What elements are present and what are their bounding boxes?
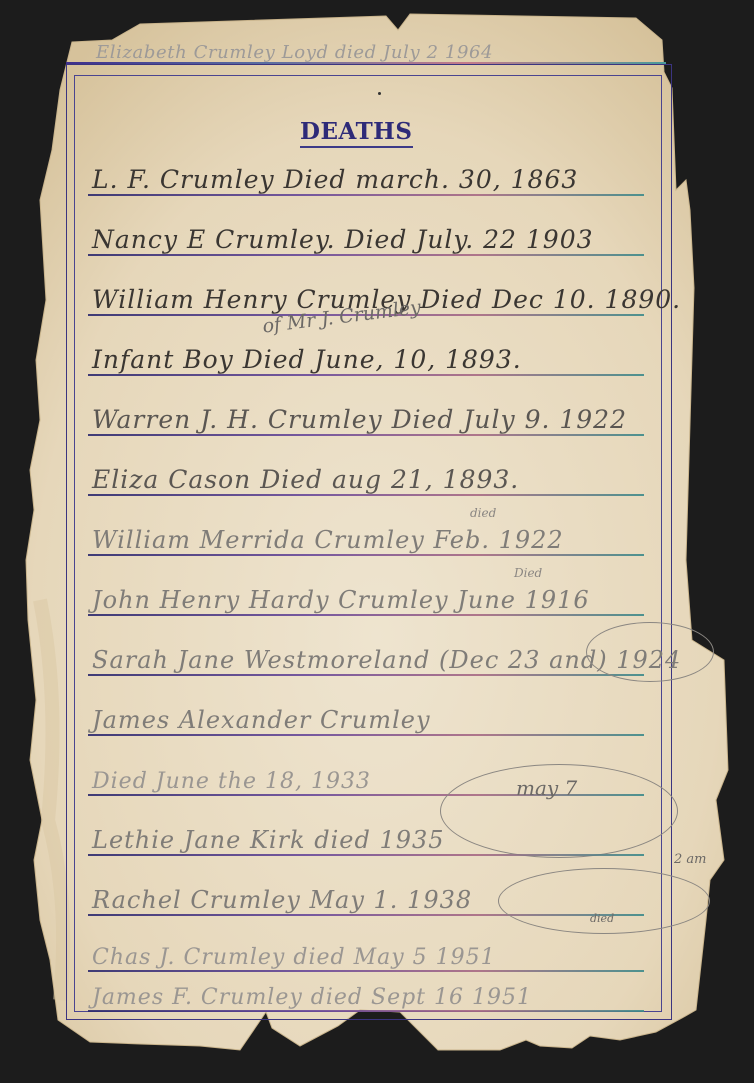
time-annotation: 2 am [674,852,706,867]
entry-text: Infant Boy Died June, 10, 1893. [92,345,522,374]
entry-row: Lethie Jane Kirk died 1935 [88,796,644,856]
entry-text: Eliza Cason Died aug 21, 1893. [92,465,519,494]
entry-text: James Alexander Crumley [92,706,431,734]
entry-text: James F. Crumley died Sept 16 1951 [92,985,532,1010]
entry-text: Rachel Crumley May 1. 1938 [92,886,472,914]
entry-text: John Henry Hardy Crumley June 1916 [92,586,590,614]
entry-text: Died June the 18, 1933 [92,769,371,794]
entry-row: Sarah Jane Westmoreland (Dec 23 and) 192… [88,616,644,676]
entry-text: Nancy E Crumley. Died July. 22 1903 [92,225,594,254]
entry-text: William Merrida Crumley Feb. 1922 [92,526,564,554]
entry-row: Eliza Cason Died aug 21, 1893. [88,436,644,496]
entry-row: William Merrida Crumley Feb. 1922 [88,496,644,556]
entry-row: James F. Crumley died Sept 16 1951 [88,962,644,1012]
entry-row: John Henry Hardy Crumley June 1916 [88,556,644,616]
entry-text: Warren J. H. Crumley Died July 9. 1922 [92,405,627,434]
entry-text: Lethie Jane Kirk died 1935 [92,826,445,854]
entry-row: L. F. Crumley Died march. 30, 1863 [88,136,644,196]
ink-dot [378,92,381,95]
circled-date-annotation [586,622,714,682]
entry-row: Warren J. H. Crumley Died July 9. 1922 [88,376,644,436]
entry-row: Nancy E Crumley. Died July. 22 1903 [88,196,644,256]
entry-row: Infant Boy Died June, 10, 1893. [88,316,644,376]
entry-row: James Alexander Crumley [88,676,644,736]
document-page: Elizabeth Crumley Loyd died July 2 1964 … [0,0,754,1083]
top-handwritten-note: Elizabeth Crumley Loyd died July 2 1964 [96,42,493,63]
entry-text: L. F. Crumley Died march. 30, 1863 [92,165,578,194]
